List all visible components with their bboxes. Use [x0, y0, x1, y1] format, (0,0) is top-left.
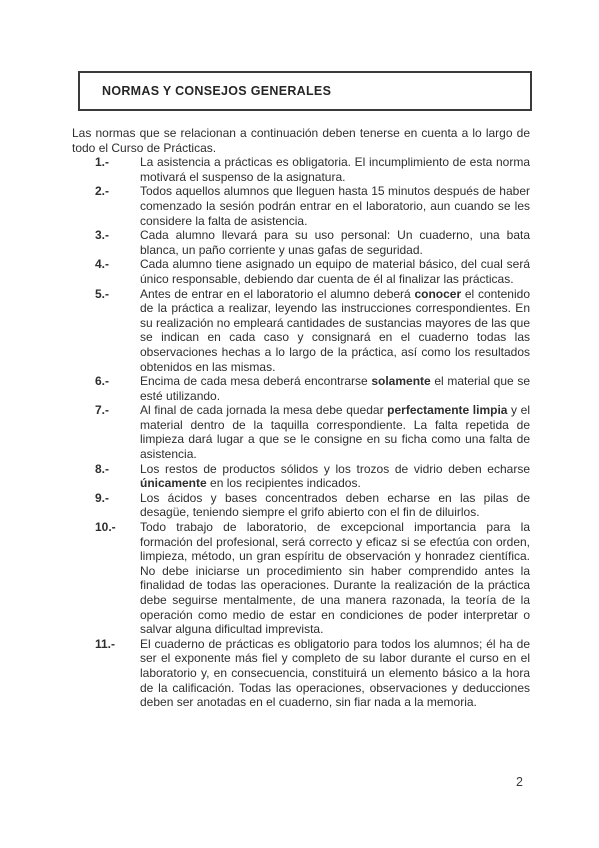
item-text: Al final de cada jornada la mesa debe qu…	[140, 403, 530, 461]
item-number: 7.-	[72, 403, 140, 461]
item-number: 6.-	[72, 374, 140, 403]
list-item: 3.-Cada alumno llevará para su uso perso…	[72, 228, 530, 257]
page-title: NORMAS Y CONSEJOS GENERALES	[102, 84, 331, 98]
item-number: 4.-	[72, 257, 140, 286]
list-item: 2.-Todos aquellos alumnos que lleguen ha…	[72, 184, 530, 228]
list-item: 8.-Los restos de productos sólidos y los…	[72, 462, 530, 491]
item-text: Cada alumno llevará para su uso personal…	[140, 228, 530, 257]
list-item: 11.-El cuaderno de prácticas es obligato…	[72, 637, 530, 710]
item-text: Todos aquellos alumnos que lleguen hasta…	[140, 184, 530, 228]
list-item: 5.-Antes de entrar en el laboratorio el …	[72, 287, 530, 375]
item-text: Los ácidos y bases concentrados deben ec…	[140, 491, 530, 520]
item-number: 9.-	[72, 491, 140, 520]
list-item: 4.-Cada alumno tiene asignado un equipo …	[72, 257, 530, 286]
item-text: El cuaderno de prácticas es obligatorio …	[140, 637, 530, 710]
document-body: Las normas que se relacionan a continuac…	[72, 126, 530, 710]
list-item: 6.-Encima de cada mesa deberá encontrars…	[72, 374, 530, 403]
item-text: Todo trabajo de laboratorio, de excepcio…	[140, 520, 530, 637]
item-text: La asistencia a prácticas es obligatoria…	[140, 155, 530, 184]
item-text: Los restos de productos sólidos y los tr…	[140, 462, 530, 491]
item-number: 3.-	[72, 228, 140, 257]
item-number: 2.-	[72, 184, 140, 228]
intro-paragraph: Las normas que se relacionan a continuac…	[72, 126, 530, 155]
item-number: 5.-	[72, 287, 140, 375]
item-number: 11.-	[72, 637, 140, 710]
item-number: 1.-	[72, 155, 140, 184]
item-number: 10.-	[72, 520, 140, 637]
page-number: 2	[516, 775, 523, 789]
list-item: 9.-Los ácidos y bases concentrados deben…	[72, 491, 530, 520]
list-item: 1.-La asistencia a prácticas es obligato…	[72, 155, 530, 184]
item-text: Antes de entrar en el laboratorio el alu…	[140, 287, 530, 375]
title-box: NORMAS Y CONSEJOS GENERALES	[78, 71, 532, 111]
list-item: 10.-Todo trabajo de laboratorio, de exce…	[72, 520, 530, 637]
item-text: Cada alumno tiene asignado un equipo de …	[140, 257, 530, 286]
document-page: NORMAS Y CONSEJOS GENERALES Las normas q…	[0, 0, 599, 848]
rules-list: 1.-La asistencia a prácticas es obligato…	[72, 155, 530, 710]
item-number: 8.-	[72, 462, 140, 491]
item-text: Encima de cada mesa deberá encontrarse s…	[140, 374, 530, 403]
list-item: 7.-Al final de cada jornada la mesa debe…	[72, 403, 530, 461]
